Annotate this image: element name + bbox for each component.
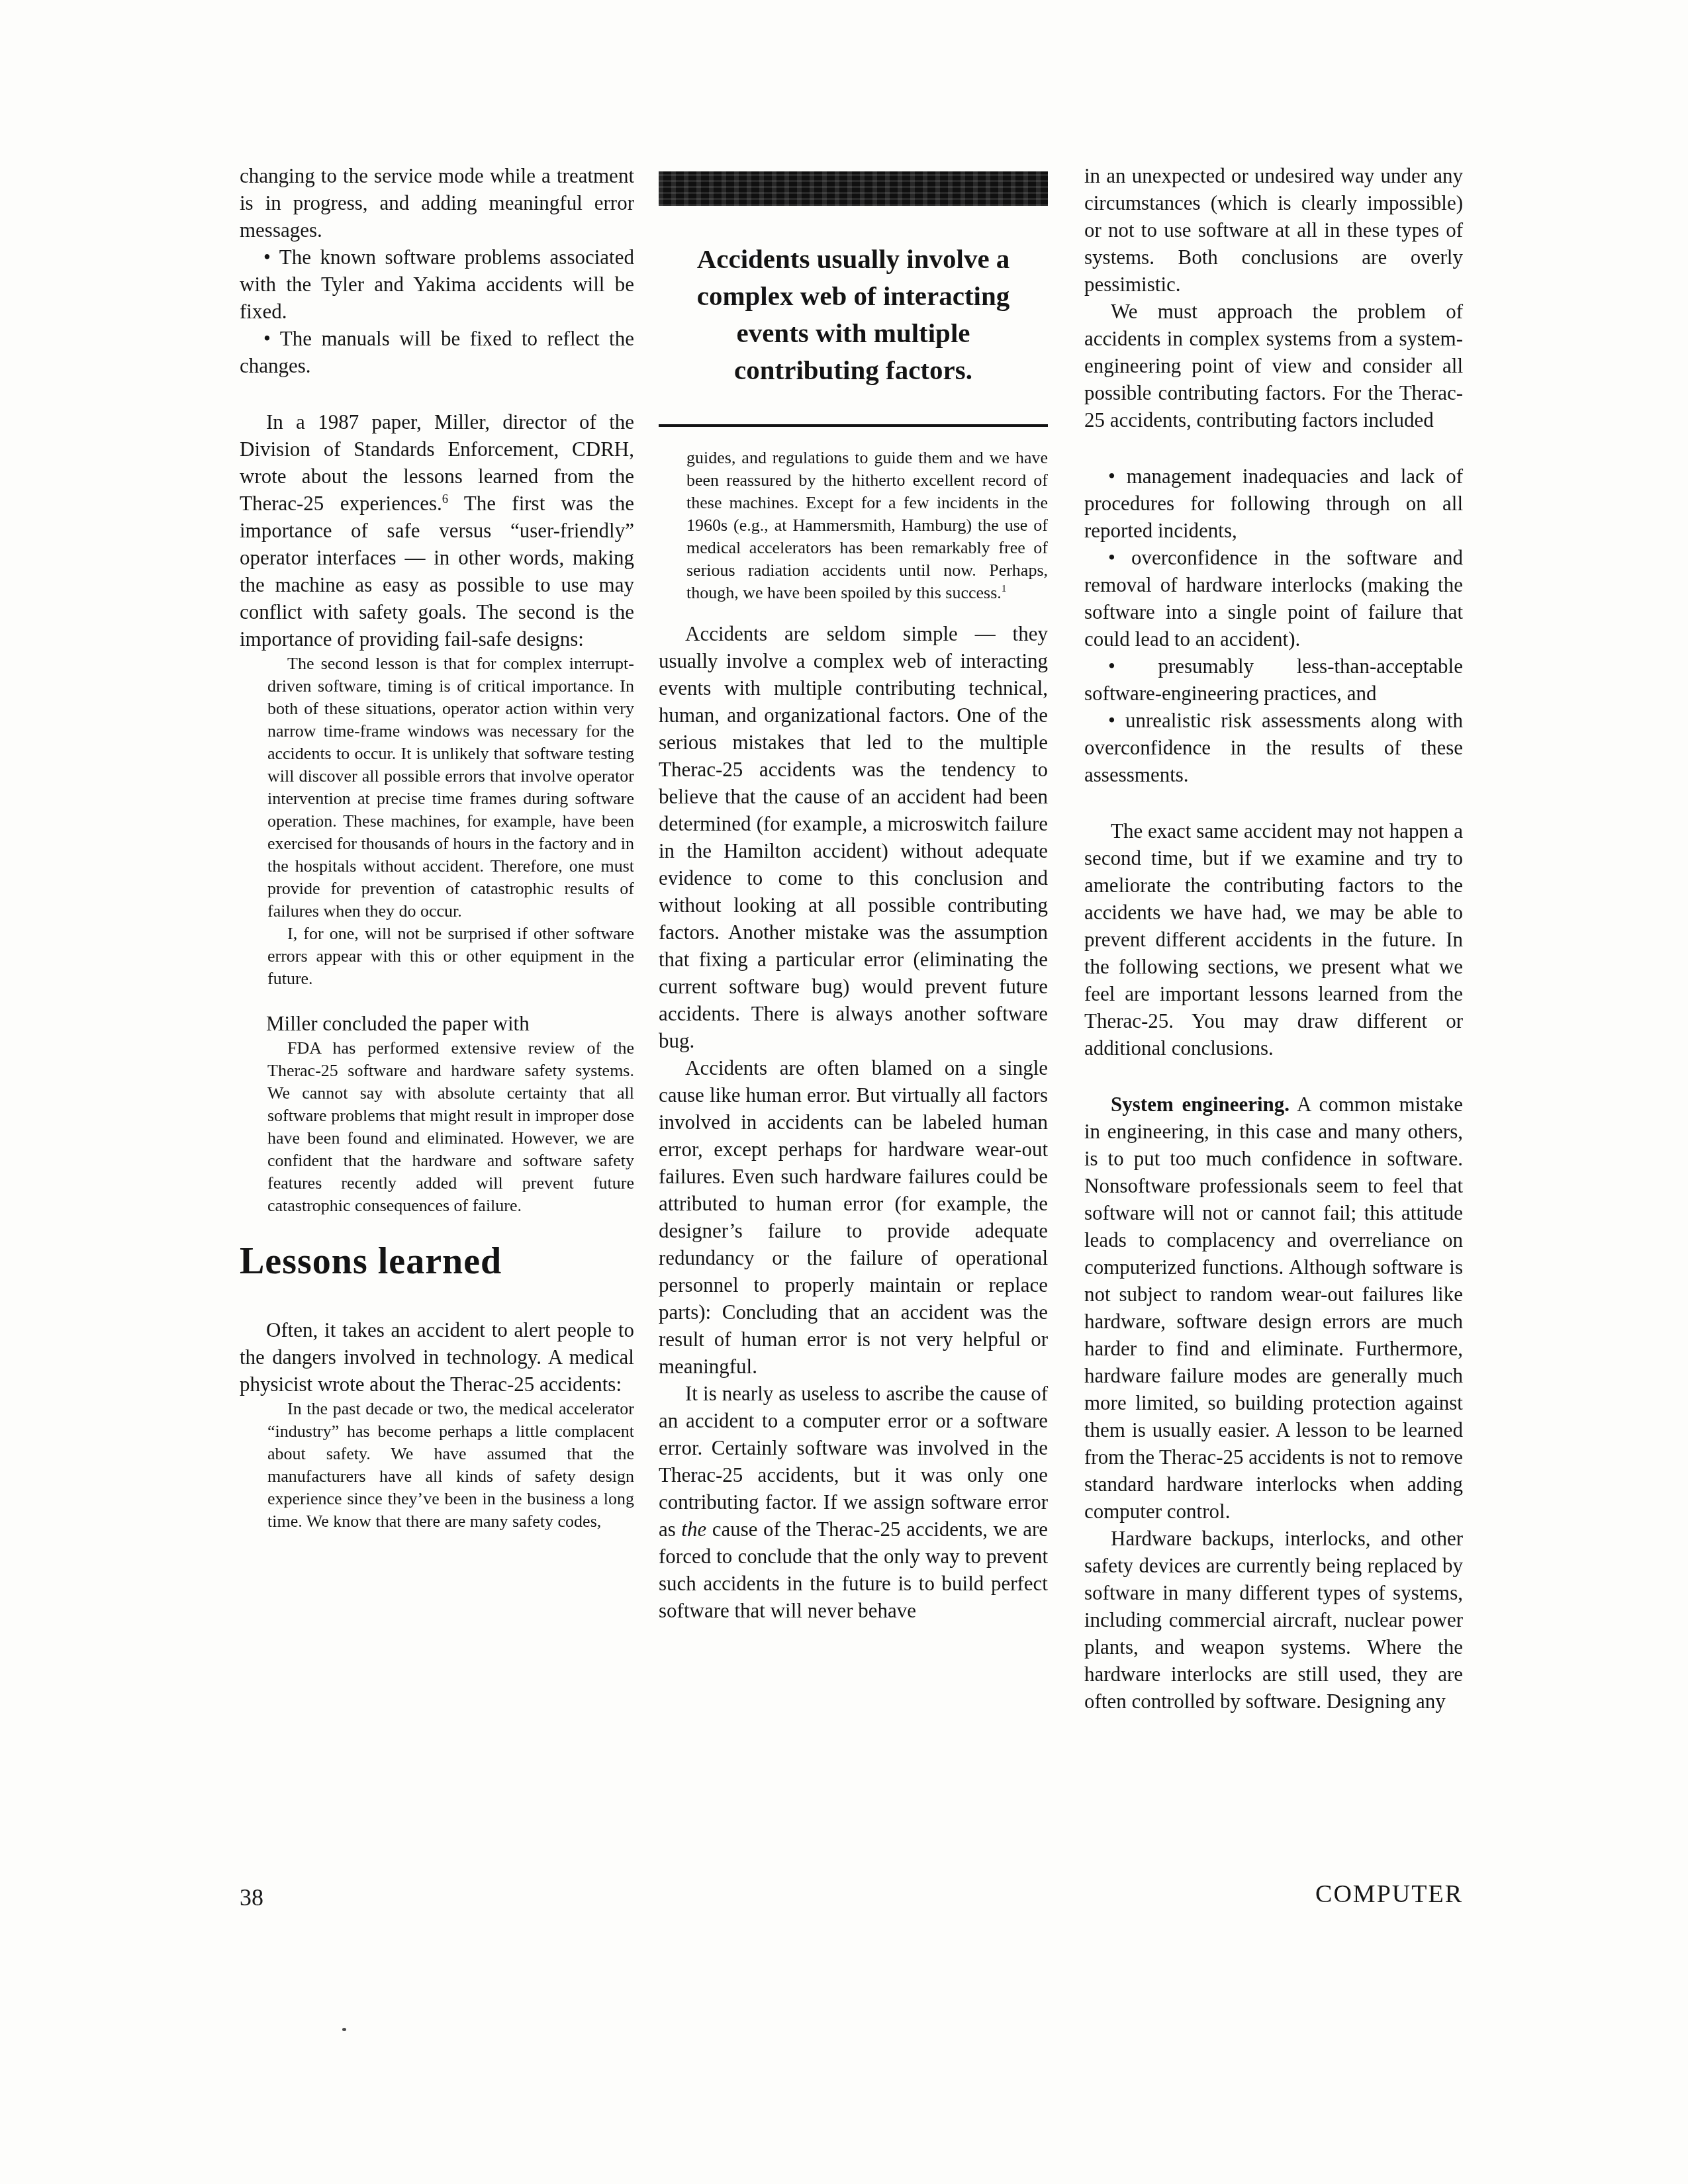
run-in-heading: System engineering. <box>1111 1093 1289 1116</box>
bullet-item: • presumably less-than-acceptable softwa… <box>1084 653 1463 707</box>
emphasized-word: the <box>681 1518 706 1541</box>
bullet-item: • unrealistic risk assessments along wit… <box>1084 707 1463 788</box>
paragraph: We must approach the problem of accident… <box>1084 298 1463 433</box>
block-quote: guides, and regulations to guide them an… <box>686 447 1048 604</box>
pull-quote: Accidents usually involve a complex web … <box>659 240 1048 388</box>
paragraph: changing to the service mode while a tre… <box>240 162 634 244</box>
column-left: changing to the service mode while a tre… <box>240 162 634 1533</box>
paragraph: Hardware backups, interlocks, and other … <box>1084 1525 1463 1715</box>
paragraph: in an unexpected or undesired way under … <box>1084 162 1463 298</box>
bullet-item: • management inadequacies and lack of pr… <box>1084 463 1463 544</box>
magazine-page: changing to the service mode while a tre… <box>0 0 1688 2184</box>
paragraph: Accidents are seldom simple — they usual… <box>659 620 1048 1054</box>
paragraph: Often, it takes an accident to alert peo… <box>240 1316 634 1398</box>
paragraph: System engineering. A common mistake in … <box>1084 1091 1463 1525</box>
paragraph: Accidents are often blamed on a single c… <box>659 1054 1048 1380</box>
column-right: in an unexpected or undesired way under … <box>1084 162 1463 1715</box>
paragraph: The exact same accident may not happen a… <box>1084 817 1463 1062</box>
bullet-item: • The manuals will be fixed to reflect t… <box>240 325 634 379</box>
footnote-marker: 1 <box>1002 583 1007 594</box>
paragraph: It is nearly as useless to ascribe the c… <box>659 1380 1048 1624</box>
paragraph: In a 1987 paper, Miller, director of the… <box>240 408 634 653</box>
block-quote: In the past decade or two, the medical a… <box>267 1398 634 1533</box>
column-middle: Accidents usually involve a complex web … <box>659 162 1048 1624</box>
bullet-item: • The known software problems associated… <box>240 244 634 325</box>
journal-name: COMPUTER <box>1084 1880 1463 1909</box>
paragraph: Miller concluded the paper with <box>240 1010 634 1037</box>
block-quote: The second lesson is that for complex in… <box>267 653 634 990</box>
bullet-list: • management inadequacies and lack of pr… <box>1084 463 1463 788</box>
block-quote: FDA has performed extensive review of th… <box>267 1037 634 1217</box>
pull-quote-bar <box>659 171 1048 206</box>
footnote-marker: 6 <box>442 492 448 506</box>
quote-text: guides, and regulations to guide them an… <box>686 448 1048 602</box>
bullet-item: • overconfidence in the software and rem… <box>1084 544 1463 653</box>
section-heading: Lessons learned <box>240 1241 634 1282</box>
quote-paragraph: I, for one, will not be surprised if oth… <box>267 923 634 990</box>
quote-paragraph: guides, and regulations to guide them an… <box>686 447 1048 604</box>
paragraph-text: cause of the Therac-25 accidents, we are… <box>659 1518 1048 1622</box>
quote-paragraph: The second lesson is that for complex in… <box>267 653 634 923</box>
paragraph-text: The first was the importance of safe ver… <box>240 492 634 651</box>
paragraph-text: A common mistake in engineering, in this… <box>1084 1093 1463 1523</box>
scan-artifact <box>342 2028 346 2031</box>
quote-paragraph: In the past decade or two, the medical a… <box>267 1398 634 1533</box>
quote-paragraph: FDA has performed extensive review of th… <box>267 1037 634 1217</box>
paragraph-text: It is nearly as useless to ascribe the c… <box>659 1382 1048 1541</box>
page-number: 38 <box>240 1884 263 1911</box>
pull-quote-rule <box>659 424 1048 427</box>
